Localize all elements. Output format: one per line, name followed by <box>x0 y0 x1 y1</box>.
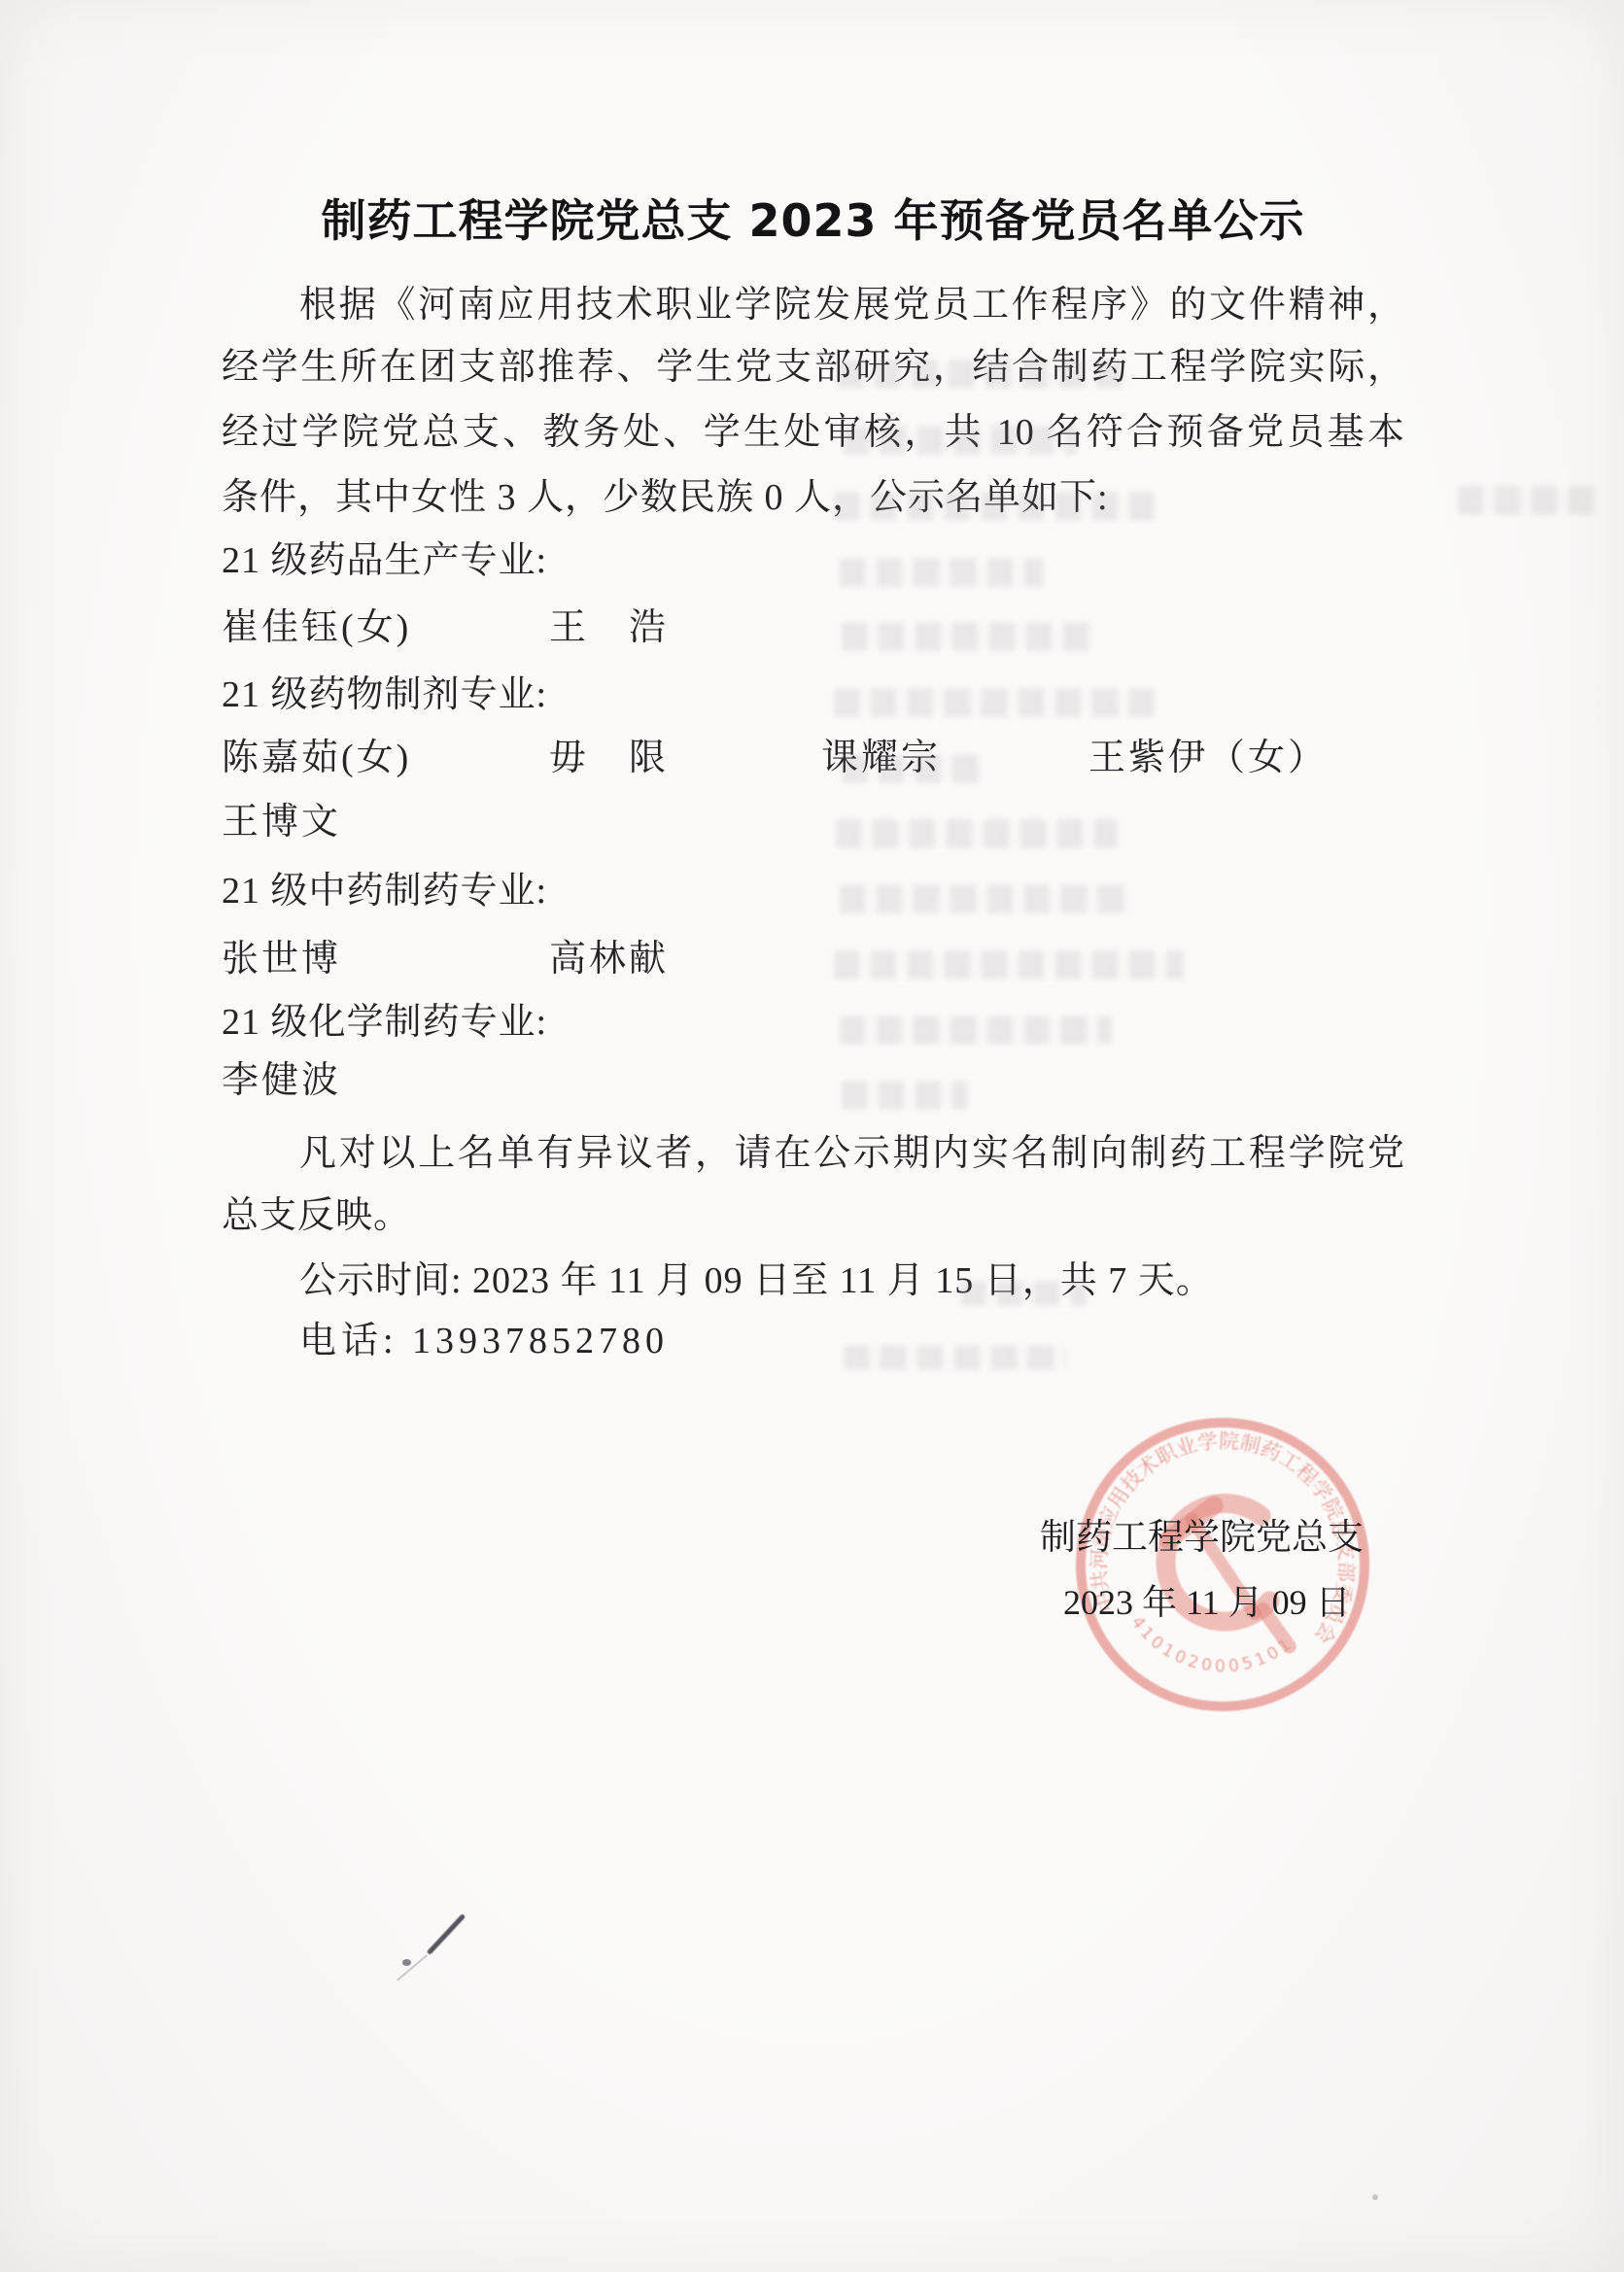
major-label-2: 21 级药物制剂专业: <box>222 669 1404 721</box>
bleed-through-artifact <box>840 884 1131 913</box>
candidate-name: 李健波 <box>222 1054 341 1107</box>
intro-line-2: 经学生所在团支部推荐、学生党支部研究，结合制药工程学院实际， <box>222 341 1404 394</box>
signature-date: 2023 年 11 月 09 日 <box>1063 1580 1351 1625</box>
bleed-through-artifact <box>844 1345 1067 1370</box>
intro-line-1: 根据《河南应用技术职业学院发展党员工作程序》的文件精神， <box>222 279 1404 331</box>
candidate-name: 陈嘉茹(女) <box>222 732 411 784</box>
publicity-period: 公示时间: 2023 年 11 月 09 日至 11 月 15 日，共 7 天。 <box>222 1255 1404 1307</box>
major-label-3: 21 级中药制药专业: <box>222 865 1404 917</box>
signature-org: 制药工程学院党总支 <box>1040 1516 1364 1561</box>
candidate-name: 张世博 <box>222 933 341 985</box>
name-row: 王博文 <box>222 796 1404 848</box>
bleed-through-artifact <box>834 492 1155 521</box>
candidate-name: 王紫伊（女） <box>1088 732 1328 784</box>
name-row: 张世博 高林献 <box>222 933 1404 985</box>
bleed-through-artifact <box>840 1016 1112 1045</box>
official-red-seal: 中共河南应用技术职业学院制药工程学院总支部委员会 4101020005101 <box>1050 1392 1397 1738</box>
page-title: 制药工程学院党总支 2023 年预备党员名单公示 <box>222 190 1404 251</box>
candidate-name: 王博文 <box>222 796 341 848</box>
scanned-announcement-page: 制药工程学院党总支 2023 年预备党员名单公示 根据《河南应用技术职业学院发展… <box>0 0 1624 2272</box>
name-row: 李健波 <box>222 1054 1404 1107</box>
bleed-through-artifact <box>840 558 1044 587</box>
candidate-name: 崔佳钰(女) <box>222 602 411 654</box>
ink-smudge <box>427 1913 466 1955</box>
paper-speck <box>1372 2194 1378 2200</box>
candidate-name: 高林献 <box>549 933 669 985</box>
intro-line-4: 条件，其中女性 3 人，少数民族 0 人，公示名单如下: <box>222 471 1404 524</box>
bleed-through-artifact <box>842 754 987 783</box>
bleed-through-artifact <box>844 426 1077 455</box>
candidate-name: 王 浩 <box>549 602 669 654</box>
intro-line-3: 经过学院党总支、教务处、学生处审核，共 10 名符合预备党员基本 <box>222 406 1404 459</box>
bleed-through-artifact <box>960 1281 1087 1306</box>
major-label-1: 21 级药品生产专业: <box>222 534 1404 587</box>
candidate-name: 毋 限 <box>549 732 669 784</box>
bleed-through-artifact <box>834 950 1184 980</box>
ink-smudge <box>397 1954 428 1980</box>
bleed-through-artifact <box>842 622 1094 651</box>
bleed-through-artifact <box>834 688 1155 717</box>
bleed-through-artifact <box>842 1081 968 1110</box>
bleed-through-artifact <box>1458 486 1594 515</box>
major-label-4: 21 级化学制药专业: <box>222 996 1404 1049</box>
closing-line-1: 凡对以上名单有异议者，请在公示期内实名制向制药工程学院党 <box>222 1127 1404 1180</box>
bleed-through-artifact <box>838 360 1129 389</box>
ink-dot <box>402 1959 411 1966</box>
closing-line-2: 总支反映。 <box>222 1189 1404 1242</box>
name-row: 陈嘉茹(女) 毋 限 课耀宗 王紫伊（女） <box>222 732 1404 784</box>
contact-phone: 电话: 13937852780 <box>222 1315 1404 1367</box>
name-row: 崔佳钰(女) 王 浩 <box>222 602 1404 654</box>
bleed-through-artifact <box>836 819 1118 848</box>
